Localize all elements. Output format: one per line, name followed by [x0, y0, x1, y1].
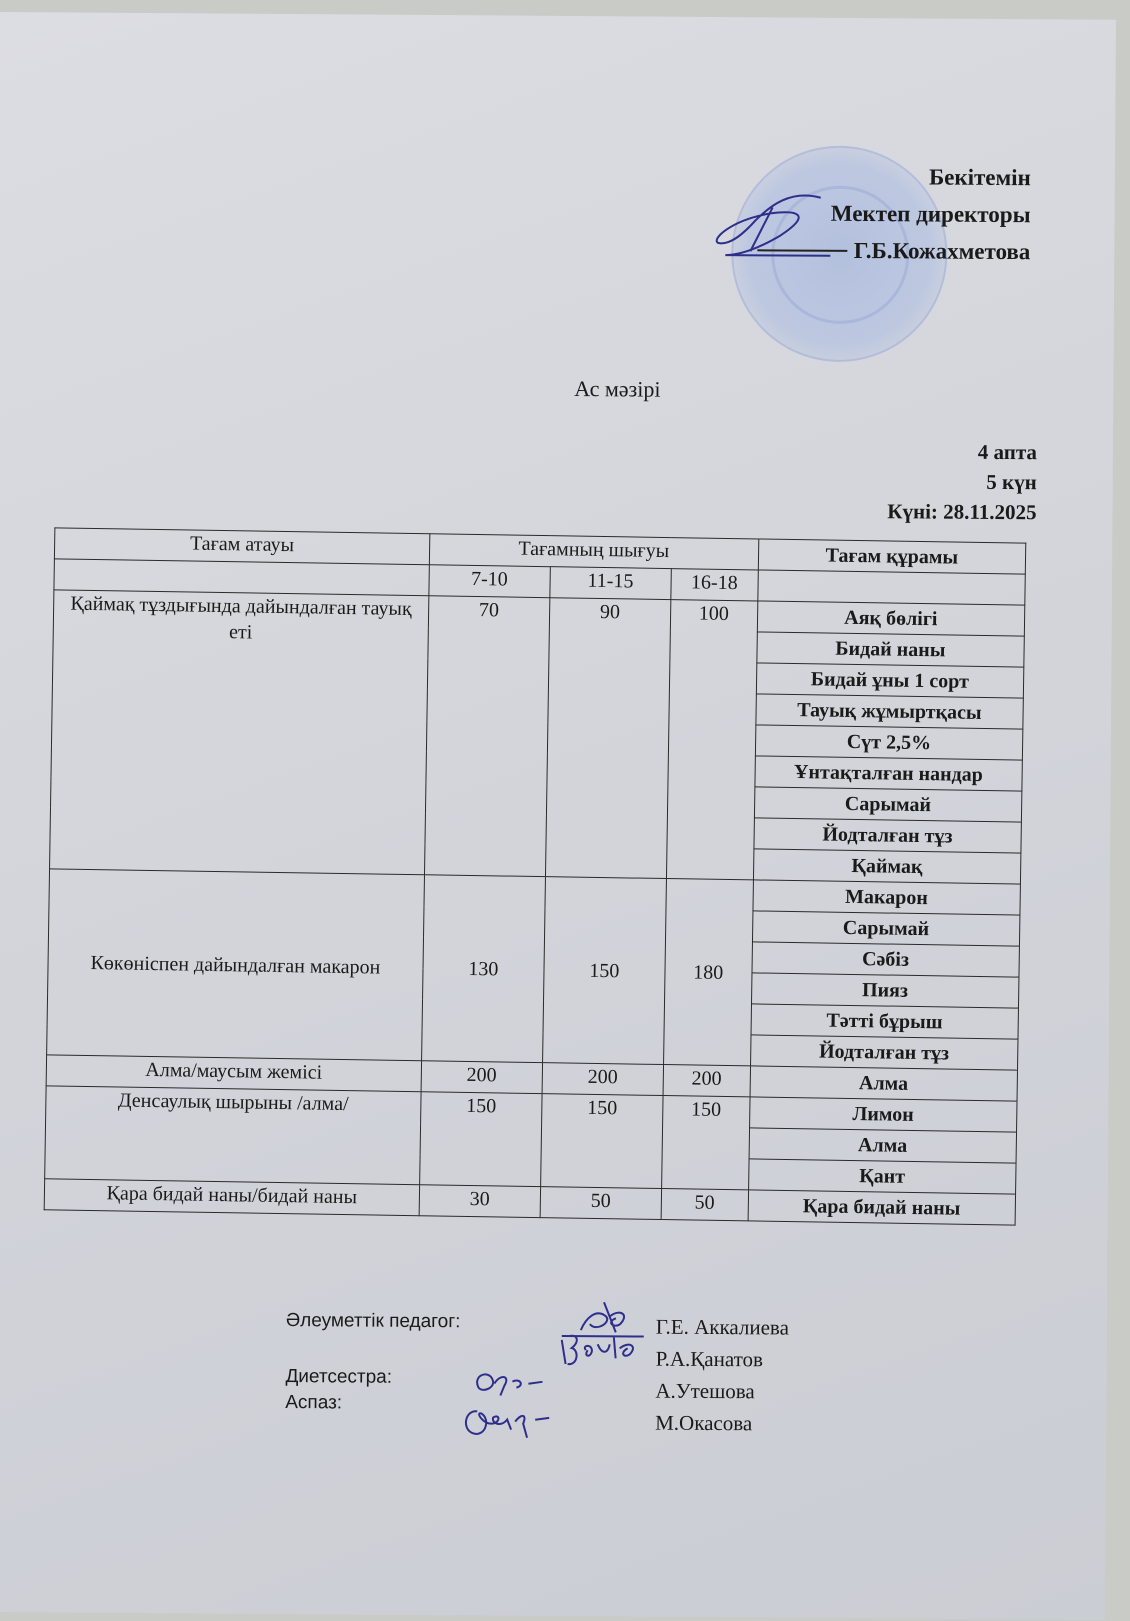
week-label: 4 апта	[888, 436, 1037, 467]
header-age-group: 7-10	[429, 565, 551, 598]
dish-name: Денсаулық шырыны /алма/	[45, 1086, 421, 1185]
ingredient: Алма	[749, 1128, 1017, 1163]
ingredient: Сарымай	[754, 787, 1022, 822]
menu-meta: 4 апта 5 күн Күні: 28.11.2025	[887, 436, 1037, 527]
signature-role: Аспаз:	[285, 1392, 342, 1414]
ingredient: Тәтті бұрыш	[751, 1004, 1019, 1039]
handwritten-signature-icon	[457, 1399, 557, 1444]
ingredient: Бидай ұны 1 сорт	[756, 663, 1024, 698]
dish-yield: 50	[661, 1189, 748, 1221]
ingredient: Сарымай	[752, 911, 1020, 946]
ingredient: Ұнтақталған нандар	[755, 756, 1023, 791]
dish-yield: 200	[421, 1061, 543, 1094]
dish-yield: 130	[421, 875, 545, 1063]
approval-block: Бекітемін Мектеп директоры Г.Б.Кожахмето…	[758, 157, 1031, 270]
ingredient: Алма	[750, 1066, 1018, 1101]
ingredient: Сүт 2,5%	[755, 725, 1023, 760]
signature-line	[758, 248, 848, 252]
page-title: Ас мәзірі	[0, 372, 1130, 407]
ingredient: Пияз	[751, 973, 1019, 1008]
signature-name: А.Утешова	[655, 1379, 755, 1405]
dish-name: Қаймақ тұздығында дайындалған тауық еті	[50, 590, 429, 875]
handwritten-signature-icon	[470, 1365, 550, 1400]
ingredient: Лимон	[749, 1097, 1017, 1132]
dish-name: Көкөніспен дайындалған макарон	[47, 869, 425, 1061]
dish-yield: 90	[545, 598, 670, 879]
header-empty	[757, 570, 1025, 605]
dish-yield: 200	[663, 1065, 750, 1097]
signature-role: Әлеуметтік педагог:	[286, 1310, 461, 1333]
ingredient: Сәбіз	[752, 942, 1020, 977]
dish-yield: 150	[540, 1094, 663, 1189]
dish-yield: 50	[540, 1187, 662, 1220]
dish-yield: 200	[542, 1063, 664, 1096]
approval-director-name: Г.Б.Кожахметова	[854, 238, 1031, 264]
dish-yield: 150	[542, 877, 666, 1065]
signature-role: Диетсестра:	[285, 1366, 392, 1389]
day-label: 5 күн	[887, 466, 1036, 497]
dish-yield: 30	[419, 1185, 541, 1218]
dish-yield: 180	[663, 879, 753, 1066]
ingredient: Аяқ бөлігі	[757, 601, 1025, 636]
dish-yield: 150	[661, 1096, 749, 1190]
header-composition: Тағам құрамы	[758, 539, 1026, 574]
menu-table: Тағам атауыТағамның шығуыТағам құрамы7-1…	[44, 527, 1027, 1225]
ingredient: Қара бидай наны	[748, 1190, 1016, 1225]
ingredient: Қант	[748, 1159, 1016, 1194]
signature-name: М.Окасова	[655, 1411, 752, 1437]
signature-name: Г.Е. Аккалиева	[656, 1315, 789, 1341]
ingredient: Йодталған тұз	[750, 1035, 1018, 1070]
dish-name: Қара бидай наны/бидай наны	[44, 1179, 419, 1216]
header-age-group: 11-15	[550, 567, 672, 600]
header-yield: Тағамның шығуы	[429, 534, 758, 570]
date-label: Күні: 28.11.2025	[887, 496, 1036, 527]
ingredient: Йодталған тұз	[754, 818, 1022, 853]
approval-heading: Бекітемін	[758, 157, 1031, 196]
dish-yield: 100	[666, 600, 757, 880]
approval-position: Мектеп директоры	[758, 194, 1031, 233]
dish-yield: 70	[424, 596, 549, 877]
ingredient: Қаймақ	[753, 849, 1021, 884]
ingredient: Бидай наны	[756, 632, 1024, 667]
handwritten-signature-icon	[558, 1330, 648, 1371]
ingredient: Макарон	[753, 880, 1021, 915]
ingredient: Тауық жұмыртқасы	[755, 694, 1023, 729]
document-page: Бекітемін Мектеп директоры Г.Б.Кожахмето…	[0, 12, 1116, 1600]
dish-yield: 150	[419, 1092, 542, 1187]
signature-name: Р.А.Қанатов	[656, 1347, 764, 1373]
header-age-group: 16-18	[671, 569, 758, 601]
